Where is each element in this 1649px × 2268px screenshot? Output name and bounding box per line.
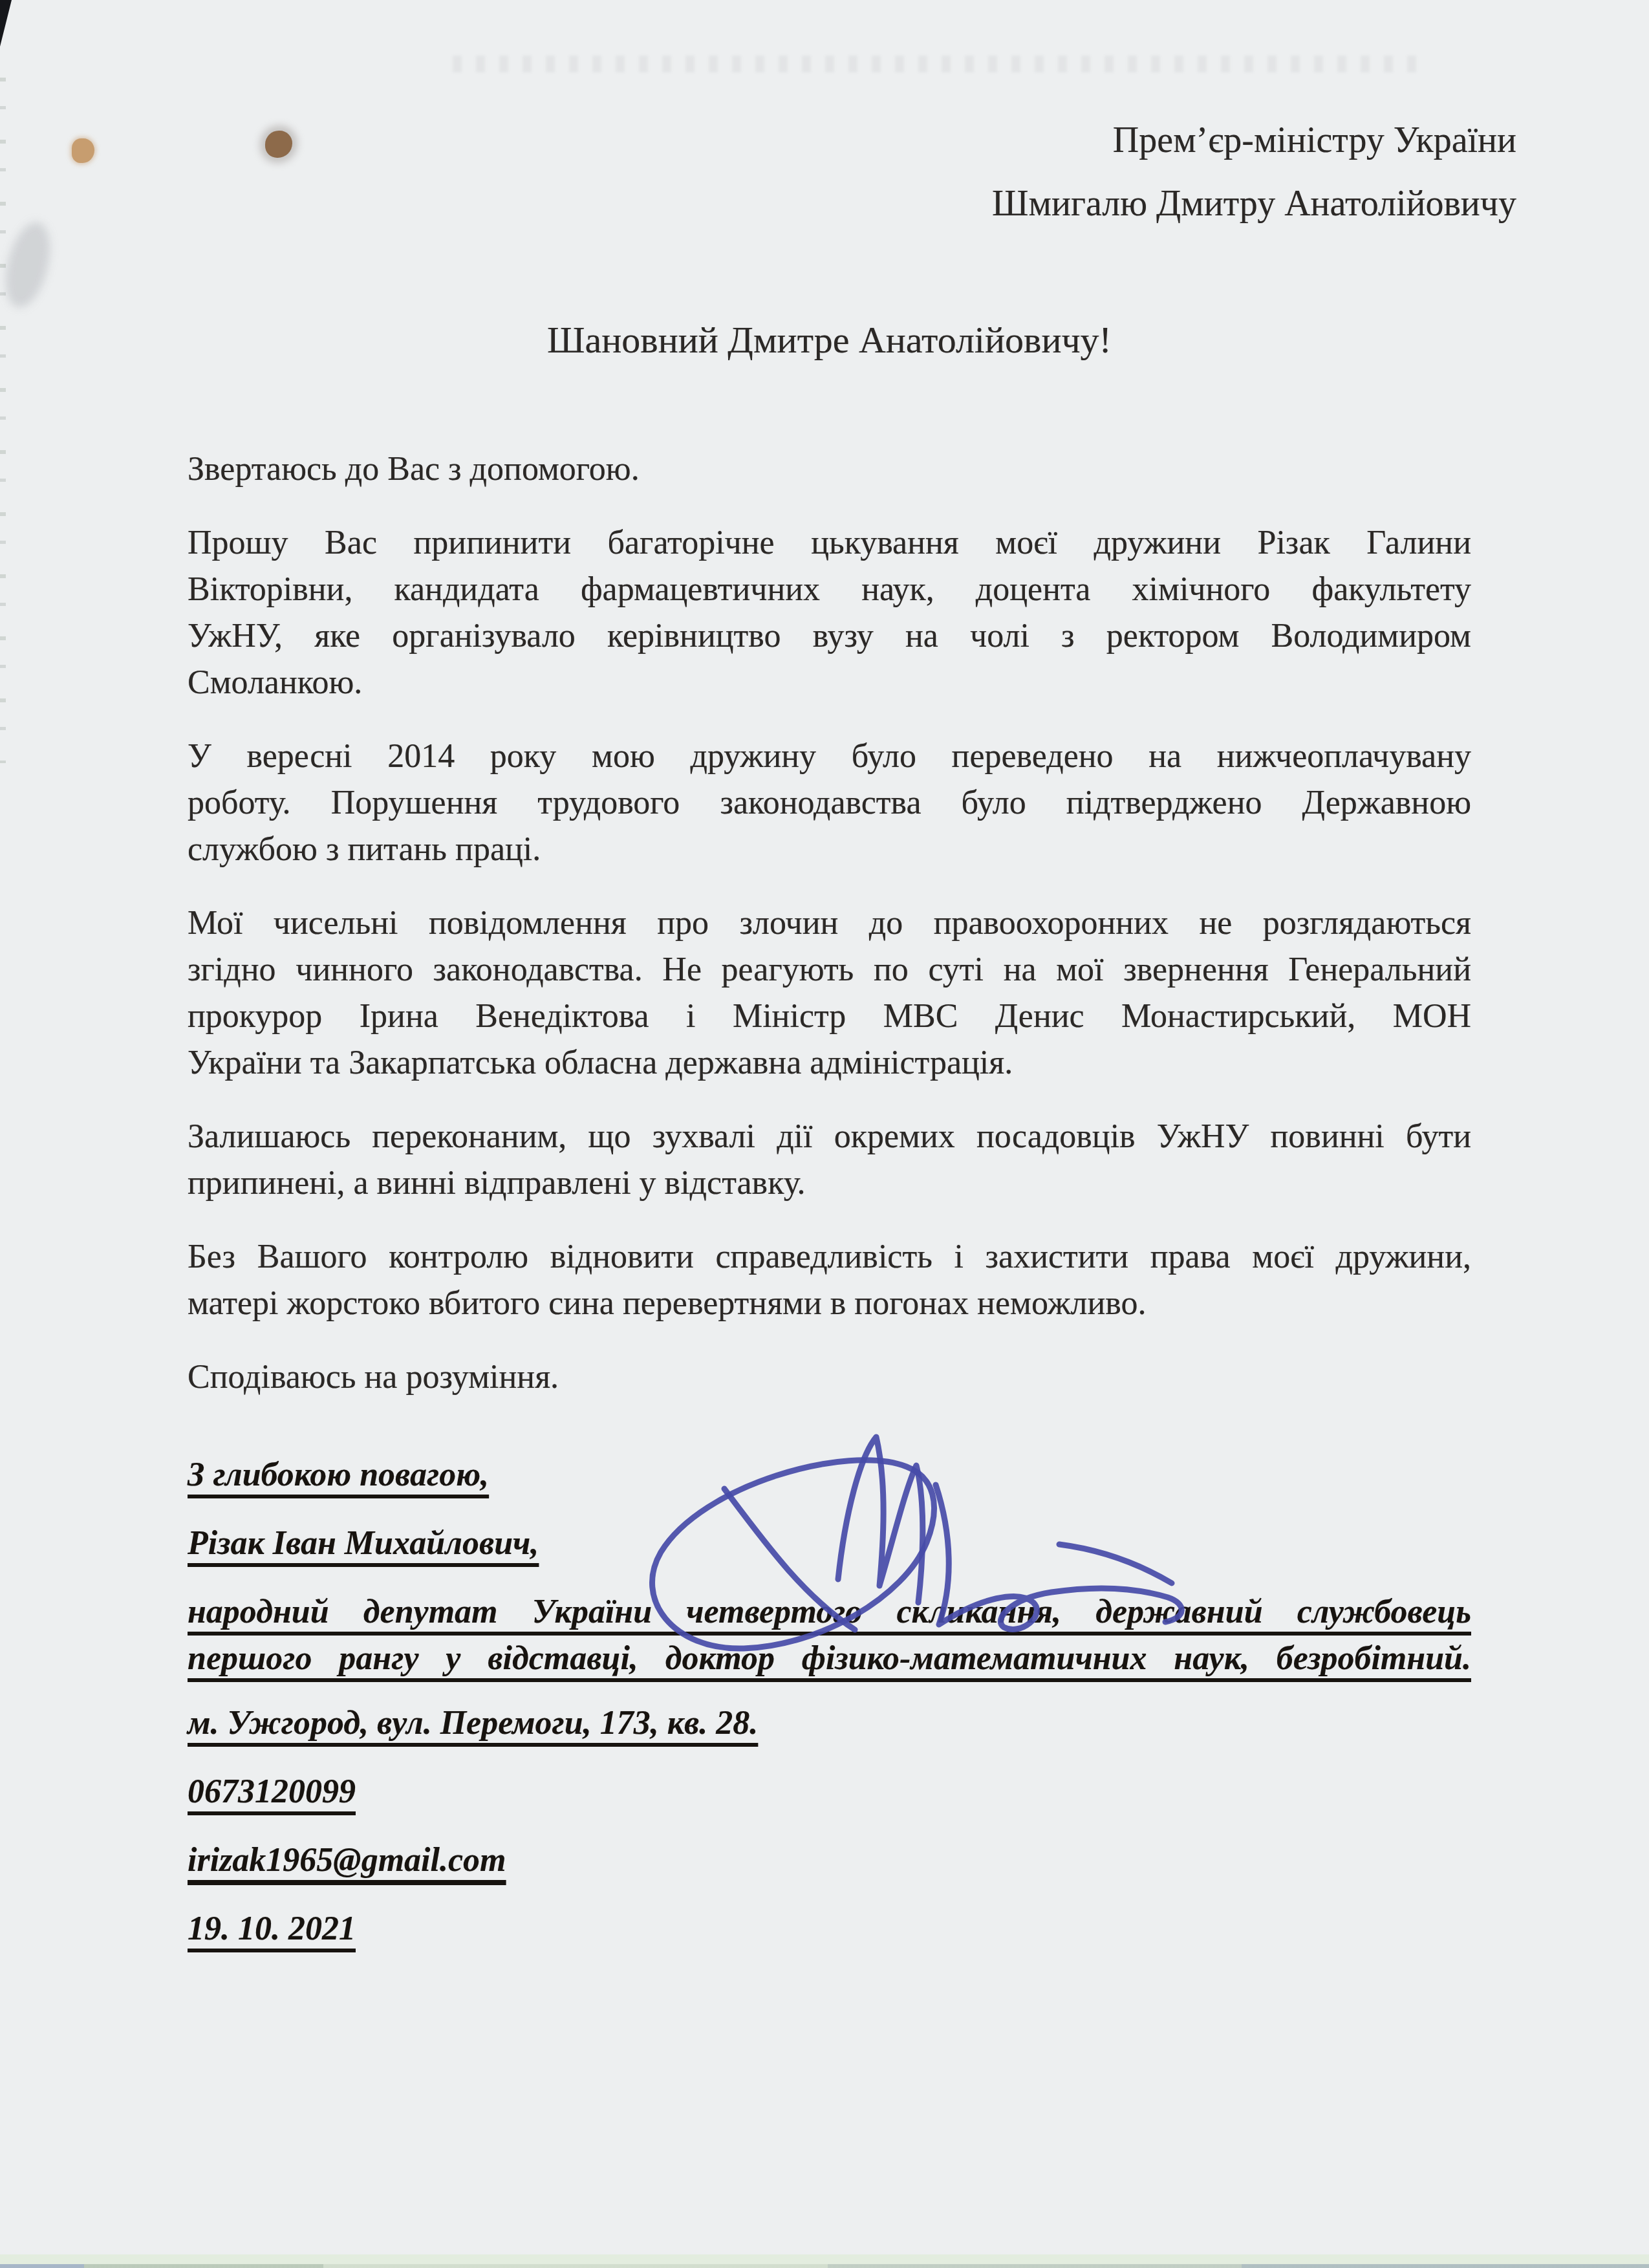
scanner-edge-strip xyxy=(0,2254,1649,2268)
salutation: Шановний Дмитре Анатолійовичу! xyxy=(188,318,1471,362)
sender-name: Різак Іван Михайлович, xyxy=(188,1520,539,1567)
paper-stain xyxy=(72,138,94,163)
paragraph: Сподіваюсь на розуміння. xyxy=(188,1354,1471,1401)
paragraph: Залишаюсь переконаним, що зухвалі дії ок… xyxy=(188,1114,1471,1207)
recipient-block: Прем’єр-міністру України Шмигалю Дмитру … xyxy=(992,109,1516,235)
scanned-letter-page: Прем’єр-міністру України Шмигалю Дмитру … xyxy=(0,0,1649,2268)
text-line: Вікторівни, кандидата фармацевтичних нау… xyxy=(188,567,1471,613)
recipient-line: Прем’єр-міністру України xyxy=(992,109,1516,172)
paragraph: Мої чисельні повідомлення про злочин до … xyxy=(188,900,1471,1086)
text-line: службою з питань праці. xyxy=(188,826,1471,873)
text-line: Звертаюсь до Вас з допомогою. xyxy=(188,446,1471,493)
text-line: Мої чисельні повідомлення про злочин до … xyxy=(188,900,1471,947)
text-line: народний депутат України четвертого скли… xyxy=(188,1589,1471,1636)
text-line: роботу. Порушення трудового законодавств… xyxy=(188,780,1471,826)
letter-body: Звертаюсь до Вас з допомогою. Прошу Вас … xyxy=(188,446,1471,1428)
text-line: У вересні 2014 року мою дружину було пер… xyxy=(188,733,1471,780)
paper-stain xyxy=(265,131,292,158)
text-line: згідно чинного законодавства. Не реагуют… xyxy=(188,947,1471,993)
paragraph: Прошу Вас припинити багаторічне цькуванн… xyxy=(188,520,1471,706)
letter-date: 19. 10. 2021 xyxy=(188,1906,356,1952)
paragraph: Без Вашого контролю відновити справедлив… xyxy=(188,1234,1471,1327)
scanner-corner-artifact xyxy=(0,0,12,47)
text-line: Прошу Вас припинити багаторічне цькуванн… xyxy=(188,520,1471,567)
signature-block: З глибокою повагою, Різак Іван Михайлови… xyxy=(188,1452,1471,1974)
text-line: Без Вашого контролю відновити справедлив… xyxy=(188,1234,1471,1280)
paragraph: Звертаюсь до Вас з допомогою. xyxy=(188,446,1471,493)
sender-address: м. Ужгород, вул. Перемоги, 173, кв. 28. xyxy=(188,1700,758,1747)
paper-smudge xyxy=(0,218,58,312)
recipient-line: Шмигалю Дмитру Анатолійовичу xyxy=(992,172,1516,235)
text-line: прокурор Ірина Венедіктова і Міністр МВС… xyxy=(188,993,1471,1040)
sender-title: народний депутат України четвертого скли… xyxy=(188,1589,1471,1682)
sender-email: irizak1965@gmail.com xyxy=(188,1837,506,1884)
closing-line: З глибокою повагою, xyxy=(188,1452,489,1498)
sender-phone: 0673120099 xyxy=(188,1769,356,1815)
scan-noise-band xyxy=(453,56,1423,72)
text-line: Смоланкою. xyxy=(188,660,1471,706)
text-line: Сподіваюсь на розуміння. xyxy=(188,1354,1471,1401)
text-line: УжНУ, яке організувало керівництво вузу … xyxy=(188,613,1471,660)
text-line: першого рангу у відставці, доктор фізико… xyxy=(188,1636,1471,1682)
text-line: України та Закарпатська обласна державна… xyxy=(188,1040,1471,1086)
text-line: Залишаюсь переконаним, що зухвалі дії ок… xyxy=(188,1114,1471,1160)
text-line: припинені, а винні відправлені у відстав… xyxy=(188,1160,1471,1207)
text-line: матері жорстоко вбитого сина перевертням… xyxy=(188,1280,1471,1327)
paragraph: У вересні 2014 року мою дружину було пер… xyxy=(188,733,1471,873)
scan-edge-speckle xyxy=(0,78,6,763)
